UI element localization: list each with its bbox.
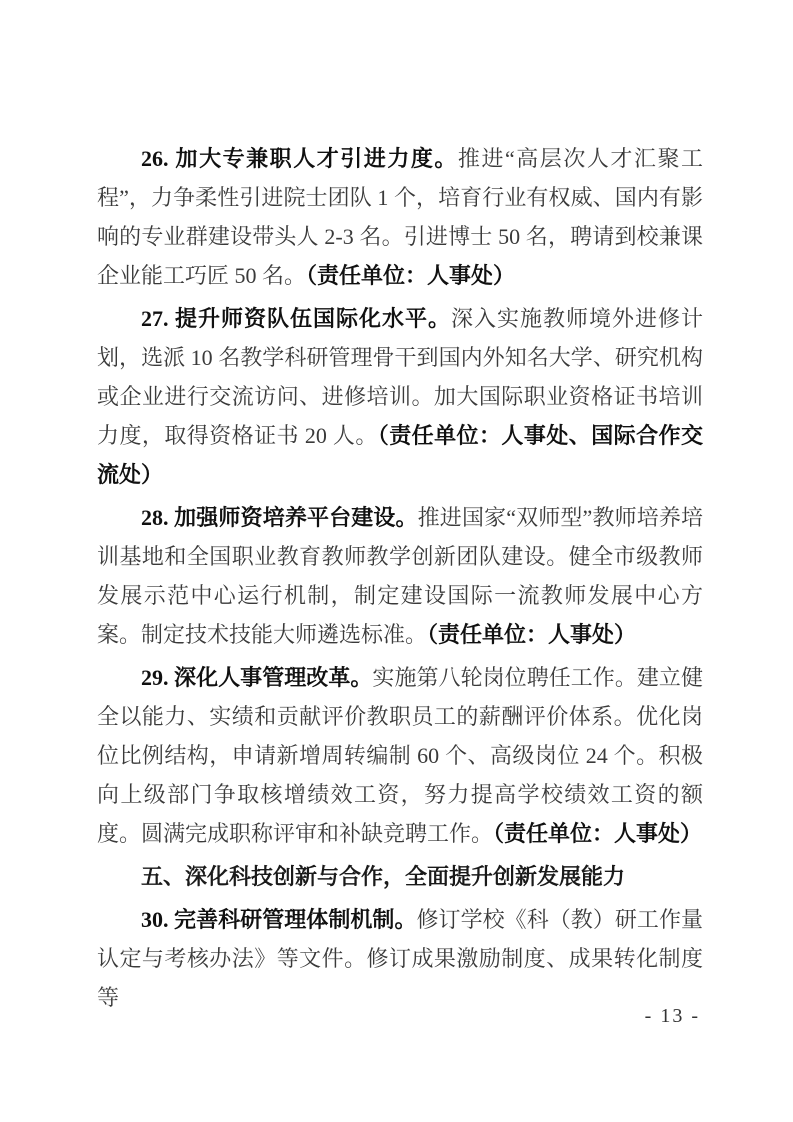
document-content: 26. 加大专兼职人才引进力度。推进“高层次人才汇聚工程”，力争柔性引进院士团队… <box>97 139 703 1017</box>
paragraph-27-lead: 27. 提升师资队伍国际化水平。 <box>141 306 451 331</box>
paragraph-29-lead: 29. 深化人事管理改革。 <box>141 665 372 690</box>
section-heading-part-5: 五、深化科技创新与合作，全面提升创新发展能力 <box>97 857 703 896</box>
paragraph-30-lead: 30. 完善科研管理体制机制。 <box>141 907 417 932</box>
paragraph-28: 28. 加强师资培养平台建设。推进国家“双师型”教师培养培训基地和全国职业教育教… <box>97 498 703 654</box>
paragraph-29-responsible-unit: （责任单位：人事处） <box>493 821 702 846</box>
paragraph-26-responsible-unit: （责任单位：人事处） <box>306 263 515 288</box>
paragraph-28-responsible-unit: （责任单位：人事处） <box>427 622 636 647</box>
paragraph-26-lead: 26. 加大专兼职人才引进力度。 <box>141 146 458 171</box>
page-number: - 13 - <box>645 1004 700 1028</box>
paragraph-27: 27. 提升师资队伍国际化水平。深入实施教师境外进修计划，选派 10 名教学科研… <box>97 299 703 494</box>
document-page: 26. 加大专兼职人才引进力度。推进“高层次人才汇聚工程”，力争柔性引进院士团队… <box>0 0 793 1122</box>
paragraph-29: 29. 深化人事管理改革。实施第八轮岗位聘任工作。建立健全以能力、实绩和贡献评价… <box>97 658 703 853</box>
paragraph-30: 30. 完善科研管理体制机制。修订学校《科（教）研工作量认定与考核办法》等文件。… <box>97 900 703 1017</box>
paragraph-28-lead: 28. 加强师资培养平台建设。 <box>141 505 418 530</box>
paragraph-29-body: 实施第八轮岗位聘任工作。建立健全以能力、实绩和贡献评价教职员工的薪酬评价体系。优… <box>97 665 703 846</box>
paragraph-26: 26. 加大专兼职人才引进力度。推进“高层次人才汇聚工程”，力争柔性引进院士团队… <box>97 139 703 295</box>
